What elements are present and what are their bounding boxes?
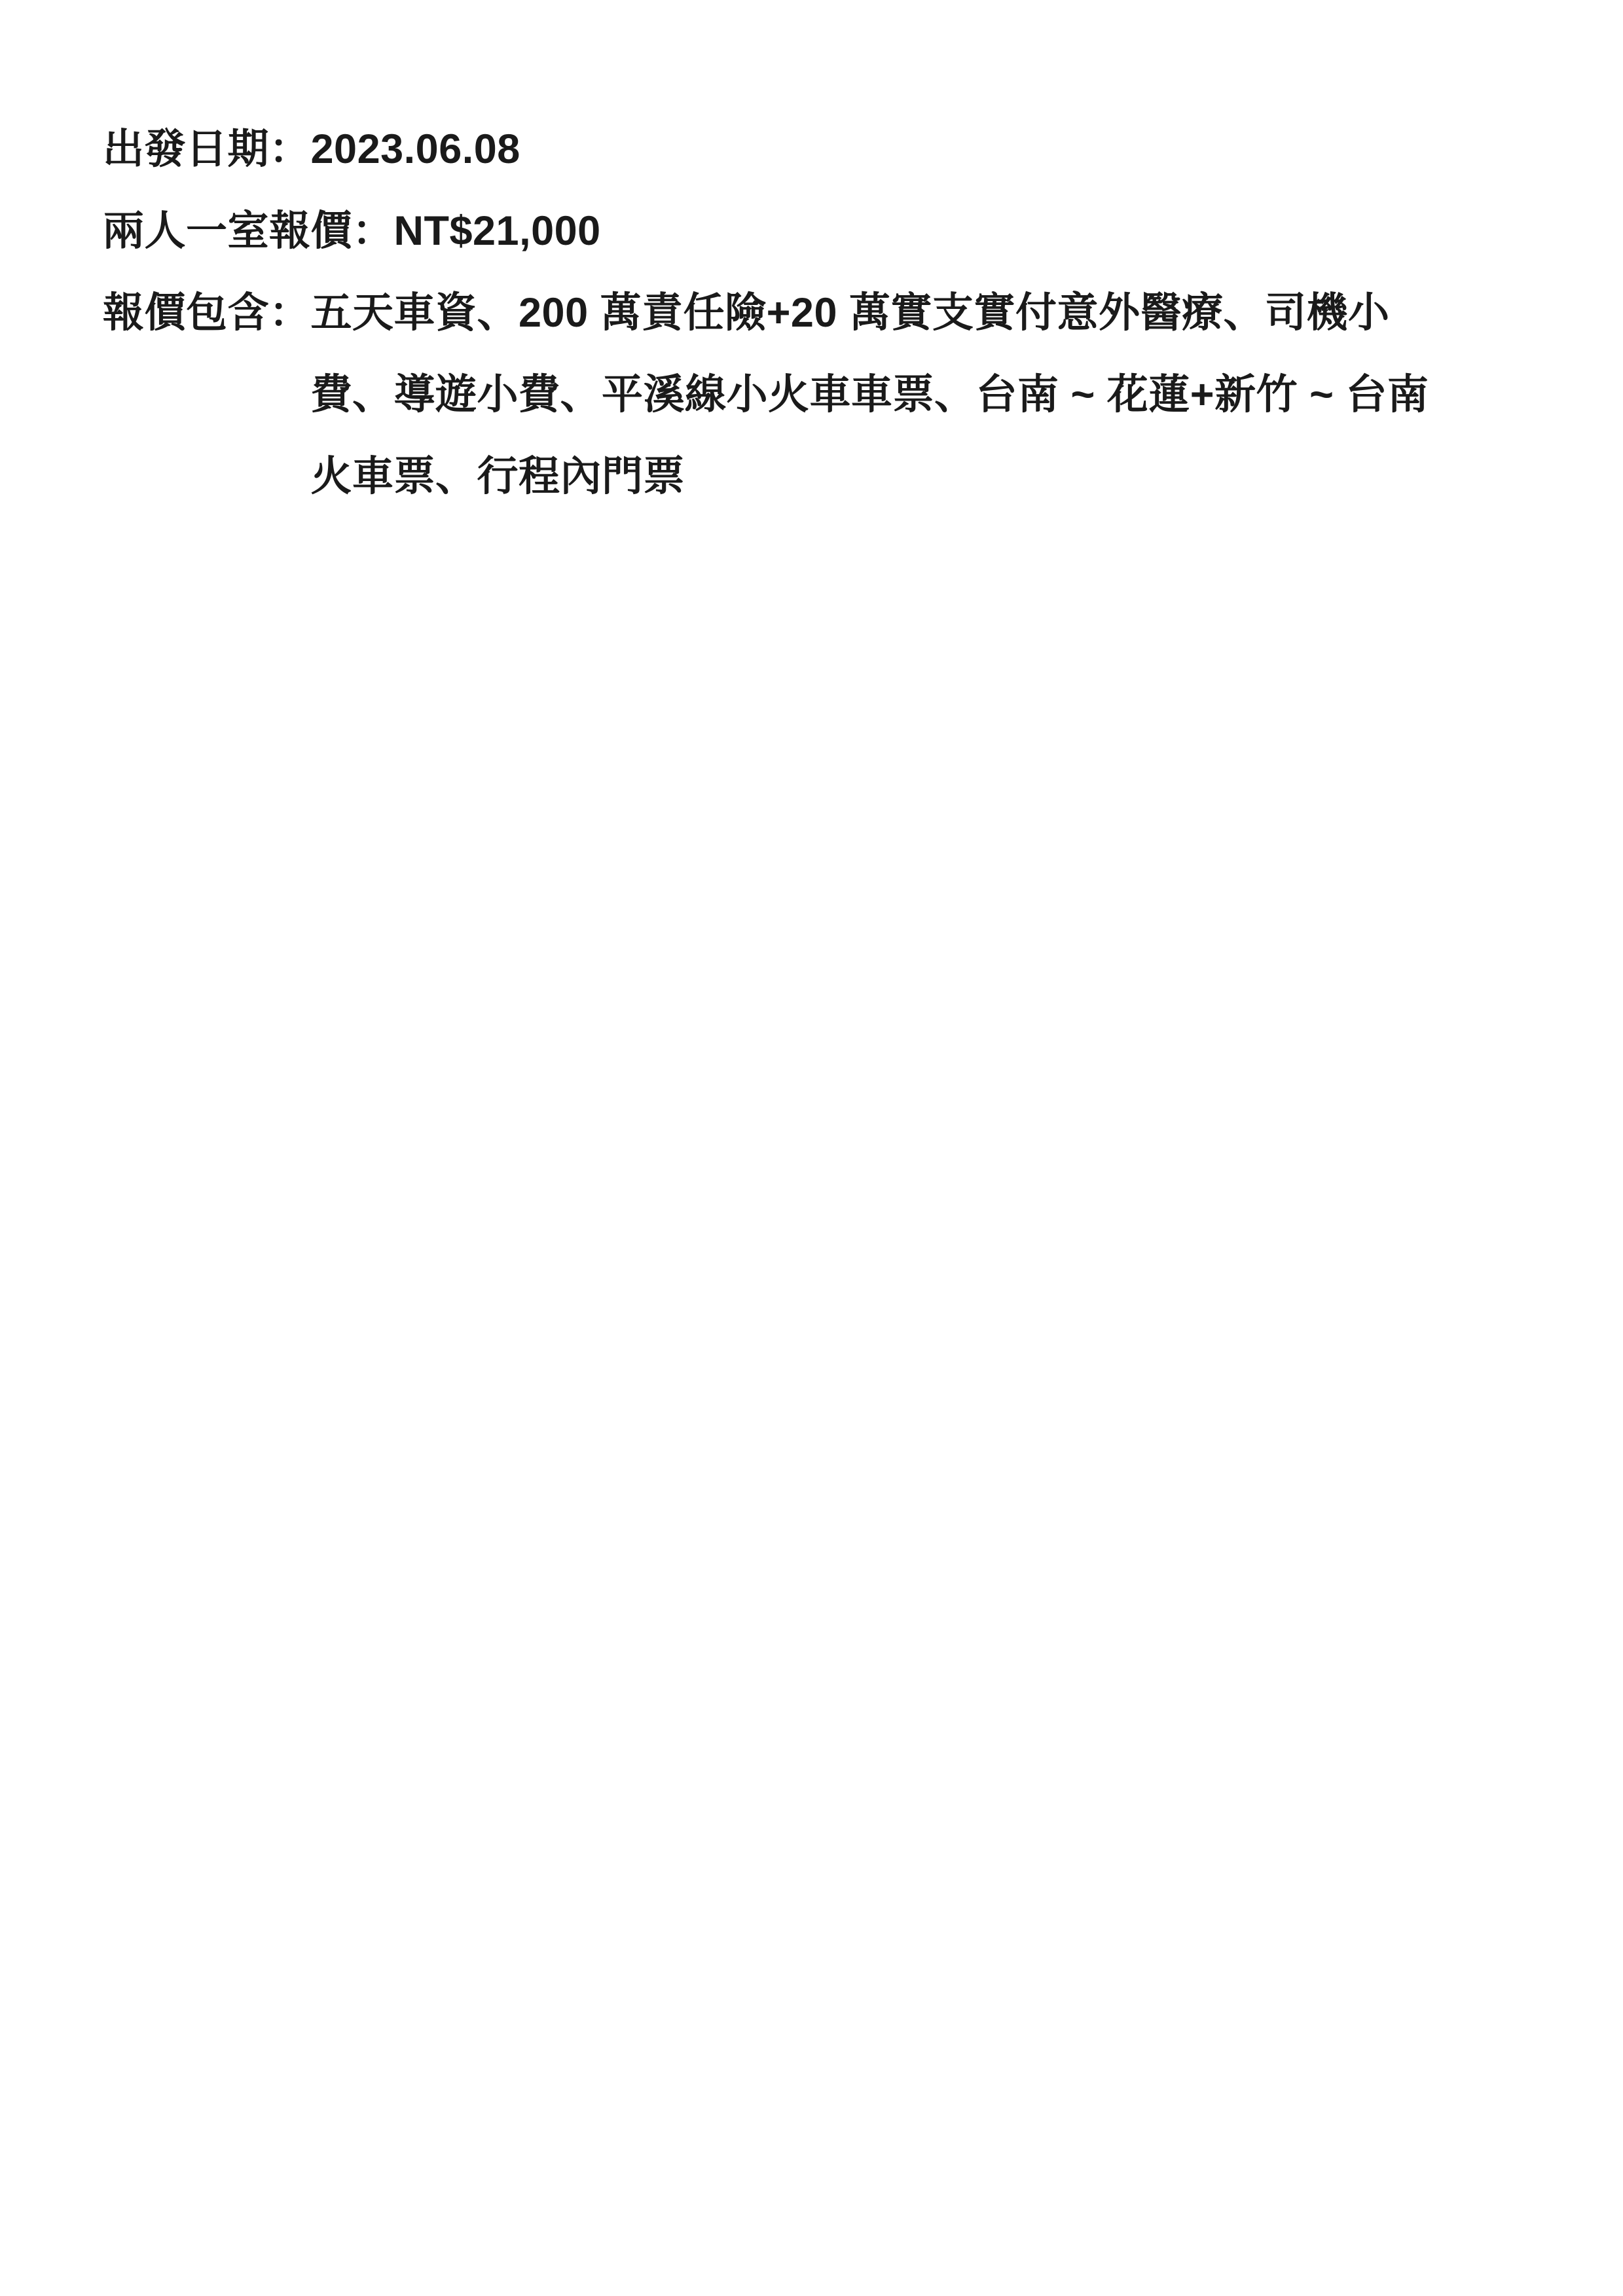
price-colon: ： [352, 208, 394, 254]
document-page: 出發日期： 2023.06.08 兩人一室報價： NT$21,000 報價包含：… [0, 0, 1623, 2296]
price-value: NT$21,000 [394, 190, 1465, 272]
departure-date-label-text: 出發日期 [103, 126, 269, 172]
inclusions-label: 報價包含： [103, 272, 311, 354]
price-label-text: 兩人一室報價 [103, 208, 352, 254]
price-row: 兩人一室報價： NT$21,000 [103, 190, 1465, 272]
departure-date-value: 2023.06.08 [311, 109, 1465, 190]
departure-date-colon: ： [269, 126, 311, 172]
inclusions-row: 報價包含： 五天車資、200 萬責任險+20 萬實支實付意外醫療、司機小費、導遊… [103, 272, 1465, 518]
departure-date-row: 出發日期： 2023.06.08 [103, 109, 1465, 190]
inclusions-label-text: 報價包含 [103, 290, 269, 336]
price-label: 兩人一室報價： [103, 190, 394, 272]
quote-text-block: 出發日期： 2023.06.08 兩人一室報價： NT$21,000 報價包含：… [103, 109, 1465, 518]
departure-date-label: 出發日期： [103, 109, 311, 190]
inclusions-colon: ： [269, 290, 311, 336]
inclusions-value: 五天車資、200 萬責任險+20 萬實支實付意外醫療、司機小費、導遊小費、平溪線… [311, 272, 1465, 518]
